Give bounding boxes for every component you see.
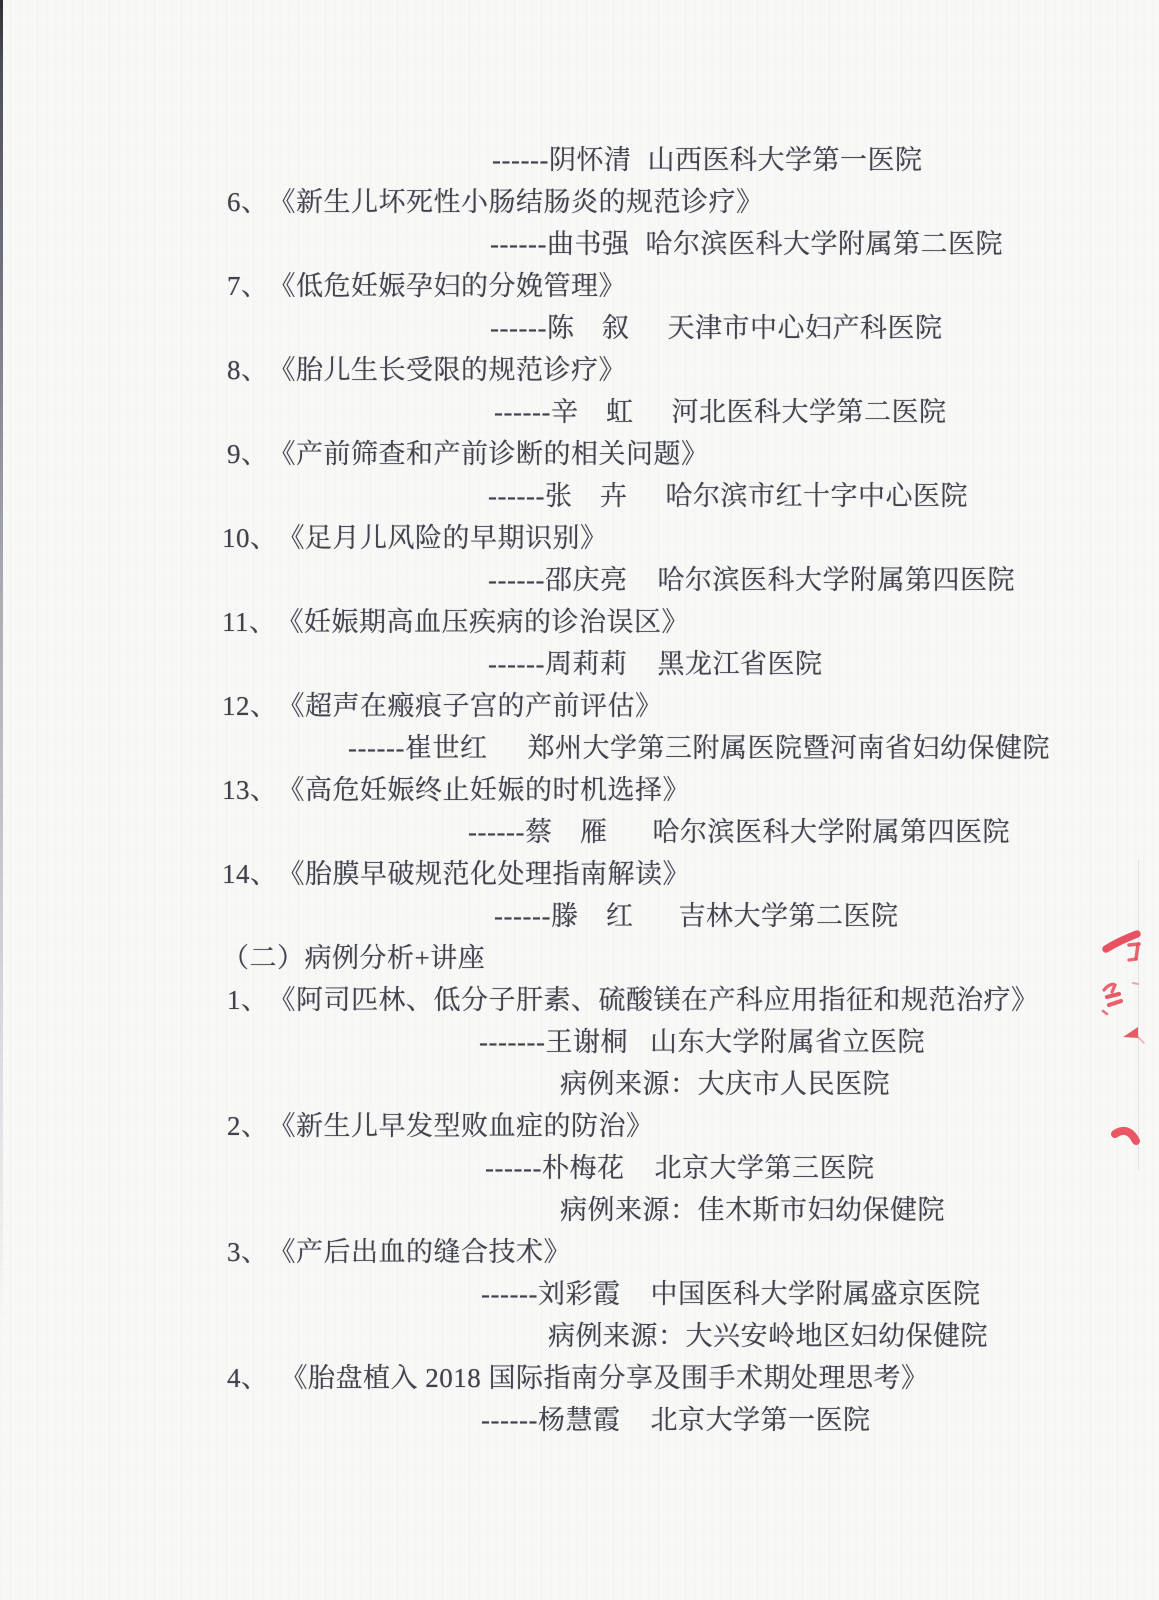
item-number: 14、 (222, 853, 278, 895)
case-source-text: 病例来源：大兴安岭地区妇幼保健院 (548, 1315, 988, 1357)
presenter-affiliation: 北京大学第一医院 (650, 1399, 870, 1441)
lecture-title: 《高危妊娠终止妊娠的时机选择》 (278, 769, 691, 811)
item-number: 10、 (222, 517, 278, 559)
presenter-affiliation: 北京大学第三医院 (654, 1147, 874, 1189)
document-line-section: （二）病例分析+讲座 (0, 937, 1159, 979)
document-line-presenter: ------朴梅花北京大学第三医院 (0, 1147, 1159, 1189)
document-line-presenter: ------崔世红郑州大学第三附属医院暨河南省妇幼保健院 (0, 727, 1159, 769)
presenter-name: ------崔世红 (348, 727, 487, 769)
lecture-title: 《产后出血的缝合技术》 (269, 1231, 572, 1273)
presenter-affiliation: 哈尔滨市红十字中心医院 (665, 475, 968, 517)
item-number: 13、 (222, 769, 278, 811)
presenter-affiliation: 山西医科大学第一医院 (647, 139, 922, 181)
item-number: 6、 (227, 181, 269, 223)
document-line-title: 9、《产前筛查和产前诊断的相关问题》 (0, 433, 1159, 475)
document-line-title: 14、《胎膜早破规范化处理指南解读》 (0, 853, 1159, 895)
presenter-name: -------王谢桐 (479, 1021, 628, 1063)
presenter-affiliation: 山东大学附属省立医院 (650, 1021, 925, 1063)
lecture-title: 《阿司匹林、低分子肝素、硫酸镁在产科应用指征和规范治疗》 (269, 979, 1039, 1021)
document-line-presenter: ------张 卉哈尔滨市红十字中心医院 (0, 475, 1159, 517)
document-line-title: 6、《新生儿坏死性小肠结肠炎的规范诊疗》 (0, 181, 1159, 223)
presenter-name: ------朴梅花 (485, 1147, 624, 1189)
document-line-title: 8、《胎儿生长受限的规范诊疗》 (0, 349, 1159, 391)
lecture-title: 《新生儿坏死性小肠结肠炎的规范诊疗》 (269, 181, 764, 223)
presenter-name: ------曲书强 (490, 223, 629, 265)
presenter-affiliation: 天津市中心妇产科医院 (667, 307, 942, 349)
presenter-name: ------刘彩霞 (481, 1273, 620, 1315)
presenter-name: ------周莉莉 (488, 643, 627, 685)
lecture-title: 《产前筛查和产前诊断的相关问题》 (269, 433, 709, 475)
presenter-affiliation: 哈尔滨医科大学附属第四医院 (657, 559, 1015, 601)
document-line-presenter: ------陈 叙天津市中心妇产科医院 (0, 307, 1159, 349)
item-number: 8、 (227, 349, 269, 391)
item-number: 11、 (222, 601, 277, 643)
lecture-title: 《胎膜早破规范化处理指南解读》 (278, 853, 691, 895)
document-line-title: 13、《高危妊娠终止妊娠的时机选择》 (0, 769, 1159, 811)
document-line-title: 2、《新生儿早发型败血症的防治》 (0, 1105, 1159, 1147)
item-number: 2、 (227, 1105, 269, 1147)
scanned-document-page: ------阴怀清山西医科大学第一医院6、《新生儿坏死性小肠结肠炎的规范诊疗》-… (0, 0, 1159, 1600)
lecture-title: 《低危妊娠孕妇的分娩管理》 (269, 265, 627, 307)
document-line-title: 4、《胎盘植入 2018 国际指南分享及围手术期处理思考》 (0, 1357, 1159, 1399)
document-line-title: 3、《产后出血的缝合技术》 (0, 1231, 1159, 1273)
document-line-presenter: ------曲书强哈尔滨医科大学附属第二医院 (0, 223, 1159, 265)
case-source-text: 病例来源：大庆市人民医院 (560, 1063, 890, 1105)
document-line-presenter: ------周莉莉黑龙江省医院 (0, 643, 1159, 685)
presenter-affiliation: 哈尔滨医科大学附属第二医院 (645, 223, 1003, 265)
item-number: 1、 (227, 979, 269, 1021)
document-line-title: 1、《阿司匹林、低分子肝素、硫酸镁在产科应用指征和规范治疗》 (0, 979, 1159, 1021)
presenter-affiliation: 中国医科大学附属盛京医院 (650, 1273, 980, 1315)
document-line-case-source: 病例来源：佳木斯市妇幼保健院 (0, 1189, 1159, 1231)
document-line-presenter: ------阴怀清山西医科大学第一医院 (0, 139, 1159, 181)
item-number: 7、 (227, 265, 269, 307)
document-line-presenter: ------杨慧霞北京大学第一医院 (0, 1399, 1159, 1441)
presenter-affiliation: 吉林大学第二医院 (678, 895, 898, 937)
presenter-name: ------蔡 雁 (468, 811, 607, 853)
document-line-presenter: ------邵庆亮哈尔滨医科大学附属第四医院 (0, 559, 1159, 601)
presenter-name: ------辛 虹 (494, 391, 633, 433)
document-line-title: 7、《低危妊娠孕妇的分娩管理》 (0, 265, 1159, 307)
document-line-presenter: ------辛 虹河北医科大学第二医院 (0, 391, 1159, 433)
presenter-affiliation: 黑龙江省医院 (657, 643, 822, 685)
lecture-title: 《足月儿风险的早期识别》 (278, 517, 608, 559)
red-ink-stamp-fragment (1090, 915, 1159, 1160)
presenter-name: ------张 卉 (488, 475, 627, 517)
document-line-title: 12、《超声在瘢痕子宫的产前评估》 (0, 685, 1159, 727)
document-line-presenter: -------王谢桐山东大学附属省立医院 (0, 1021, 1159, 1063)
item-number: 3、 (227, 1231, 269, 1273)
case-source-text: 病例来源：佳木斯市妇幼保健院 (560, 1189, 945, 1231)
lecture-title: 《新生儿早发型败血症的防治》 (269, 1105, 654, 1147)
presenter-affiliation: 哈尔滨医科大学附属第四医院 (652, 811, 1010, 853)
lecture-title: 《胎盘植入 2018 国际指南分享及围手术期处理思考》 (281, 1357, 929, 1399)
presenter-name: ------阴怀清 (492, 139, 631, 181)
document-line-presenter: ------滕 红吉林大学第二医院 (0, 895, 1159, 937)
presenter-name: ------杨慧霞 (481, 1399, 620, 1441)
item-number: 12、 (222, 685, 278, 727)
presenter-affiliation: 河北医科大学第二医院 (671, 391, 946, 433)
lecture-title: 《妊娠期高血压疾病的诊治误区》 (277, 601, 690, 643)
lecture-title: 《超声在瘢痕子宫的产前评估》 (278, 685, 663, 727)
item-number: 4、 (227, 1357, 269, 1399)
document-line-title: 10、《足月儿风险的早期识别》 (0, 517, 1159, 559)
presenter-affiliation: 郑州大学第三附属医院暨河南省妇幼保健院 (527, 727, 1050, 769)
document-line-title: 11、《妊娠期高血压疾病的诊治误区》 (0, 601, 1159, 643)
presenter-name: ------滕 红 (494, 895, 633, 937)
document-line-presenter: ------蔡 雁哈尔滨医科大学附属第四医院 (0, 811, 1159, 853)
presenter-name: ------陈 叙 (490, 307, 629, 349)
section-heading: （二）病例分析+讲座 (222, 937, 485, 979)
document-line-presenter: ------刘彩霞中国医科大学附属盛京医院 (0, 1273, 1159, 1315)
document-line-case-source: 病例来源：大庆市人民医院 (0, 1063, 1159, 1105)
lecture-title: 《胎儿生长受限的规范诊疗》 (269, 349, 627, 391)
document-line-case-source: 病例来源：大兴安岭地区妇幼保健院 (0, 1315, 1159, 1357)
item-number: 9、 (227, 433, 269, 475)
document-body: ------阴怀清山西医科大学第一医院6、《新生儿坏死性小肠结肠炎的规范诊疗》-… (0, 139, 1159, 1441)
presenter-name: ------邵庆亮 (488, 559, 627, 601)
